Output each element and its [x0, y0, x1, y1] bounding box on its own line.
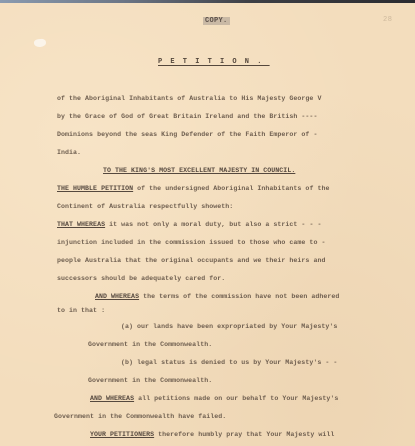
document-title: PETITION. [158, 58, 270, 66]
text-line: Continent of Australia respectfully show… [57, 203, 233, 210]
page-number: 28 [383, 16, 392, 24]
text-line: to in that : [57, 307, 105, 314]
lead-phrase: AND WHEREAS [90, 395, 134, 402]
list-item-b: (b) legal status is denied to us by Your… [121, 359, 337, 366]
text-line: Government in the Commonwealth. [88, 341, 212, 348]
text-line: THE HUMBLE PETITION of the undersigned A… [57, 185, 329, 192]
text-line: THAT WHEREAS it was not only a moral dut… [57, 221, 321, 228]
text-line: India. [57, 149, 81, 156]
lead-phrase: YOUR PETITIONERS [90, 431, 154, 438]
text-line: Government in the Commonwealth have fail… [54, 413, 226, 420]
text-line: Dominions beyond the seas King Defender … [57, 131, 317, 138]
lead-phrase: AND WHEREAS [95, 293, 139, 300]
text-line: of the Aboriginal Inhabitants of Austral… [57, 95, 321, 102]
address-heading: TO THE KING'S MOST EXCELLENT MAJESTY IN … [103, 167, 295, 174]
text-line: successors should be adequately cared fo… [57, 275, 225, 282]
text-line: AND WHEREAS the terms of the commission … [95, 293, 339, 300]
lead-phrase: THAT WHEREAS [57, 221, 105, 228]
list-item-a: (a) our lands have been expropriated by … [121, 323, 337, 330]
text-line: AND WHEREAS all petitions made on our be… [90, 395, 338, 402]
text-line: injunction included in the commission is… [57, 239, 325, 246]
paper-damage-mark [34, 39, 47, 48]
lead-phrase: THE HUMBLE PETITION [57, 185, 133, 192]
text-line: Government in the Commonwealth. [88, 377, 212, 384]
text-line: people Australia that the original occup… [57, 257, 325, 264]
text-line: YOUR PETITIONERS therefore humbly pray t… [90, 431, 334, 438]
copy-stamp: COPY. [203, 17, 230, 25]
text-line: by the Grace of God of Great Britain Ire… [57, 113, 317, 120]
document-page: COPY. 28 PETITION. of the Aboriginal Inh… [0, 3, 415, 446]
